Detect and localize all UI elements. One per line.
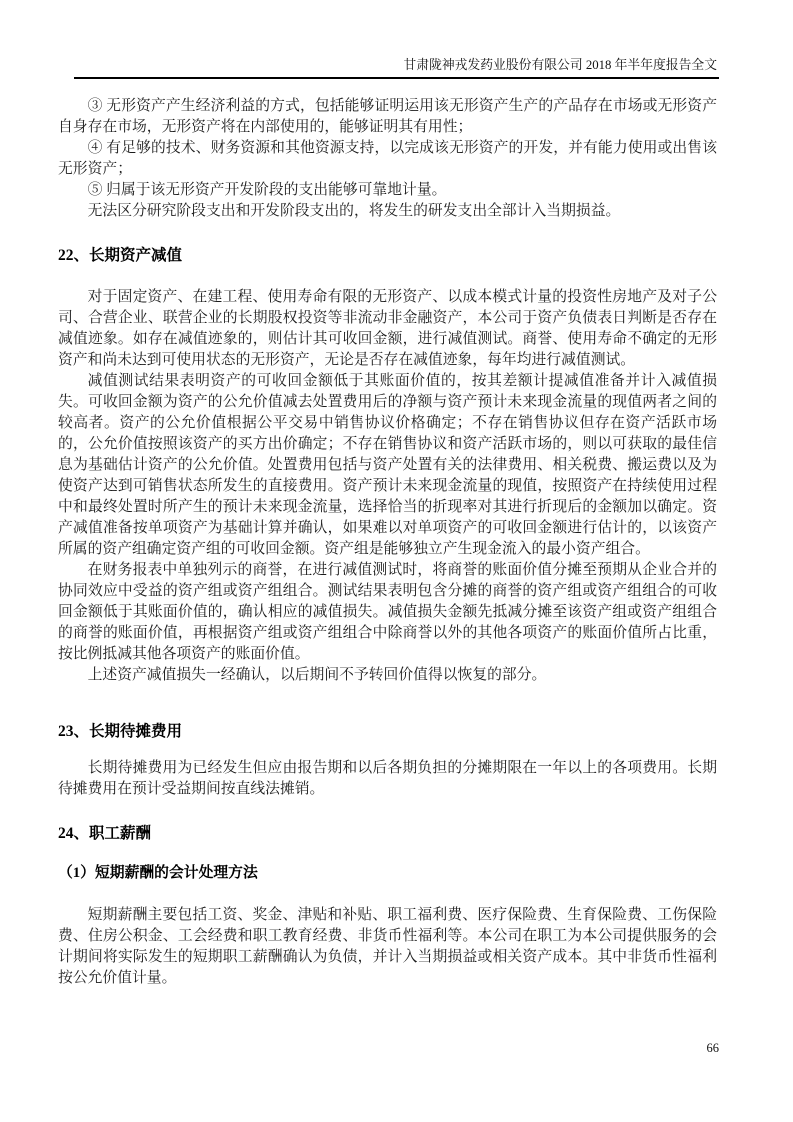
report-page: 甘肃陇神戎发药业股份有限公司 2018 年半年度报告全文 ③ 无形资产产生经济利… (0, 0, 793, 1122)
section-heading-23-long-term-deferred-expenses: 23、长期待摊费用 (58, 721, 717, 742)
section-22-paragraph-1: 对于固定资产、在建工程、使用寿命有限的无形资产、以成本模式计量的投资性房地产及对… (58, 287, 717, 371)
subsection-heading-short-term-compensation: （1）短期薪酬的会计处理方法 (58, 863, 717, 884)
paragraph-research-dev-expense: 无法区分研究阶段支出和开发阶段支出的，将发生的研发支出全部计入当期损益。 (58, 201, 717, 222)
section-22-paragraph-3: 在财务报表中单独列示的商誉，在进行减值测试时，将商誉的账面价值分摊至预期从企业合… (58, 560, 717, 665)
page-content: ③ 无形资产产生经济利益的方式，包括能够证明运用该无形资产生产的产品存在市场或无… (58, 0, 717, 989)
section-22-paragraph-2: 减值测试结果表明资产的可收回金额低于其账面价值的，按其差额计提减值准备并计入减值… (58, 371, 717, 560)
page-number: 66 (707, 1041, 720, 1056)
paragraph-intangible-item-5: ⑤ 归属于该无形资产开发阶段的支出能够可靠地计量。 (58, 180, 717, 201)
section-heading-22-long-term-asset-impairment: 22、长期资产减值 (58, 245, 717, 266)
paragraph-intangible-item-4: ④ 有足够的技术、财务资源和其他资源支持，以完成该无形资产的开发，并有能力使用或… (58, 138, 717, 180)
section-24-paragraph-1: 短期薪酬主要包括工资、奖金、津贴和补贴、职工福利费、医疗保险费、生育保险费、工伤… (58, 905, 717, 989)
paragraph-intangible-item-3: ③ 无形资产产生经济利益的方式，包括能够证明运用该无形资产生产的产品存在市场或无… (58, 96, 717, 138)
section-heading-24-employee-compensation: 24、职工薪酬 (58, 823, 717, 844)
section-23-paragraph-1: 长期待摊费用为已经发生但应由报告期和以后各期负担的分摊期限在一年以上的各项费用。… (58, 758, 717, 800)
section-22-paragraph-4: 上述资产减值损失一经确认，以后期间不予转回价值得以恢复的部分。 (58, 665, 717, 686)
